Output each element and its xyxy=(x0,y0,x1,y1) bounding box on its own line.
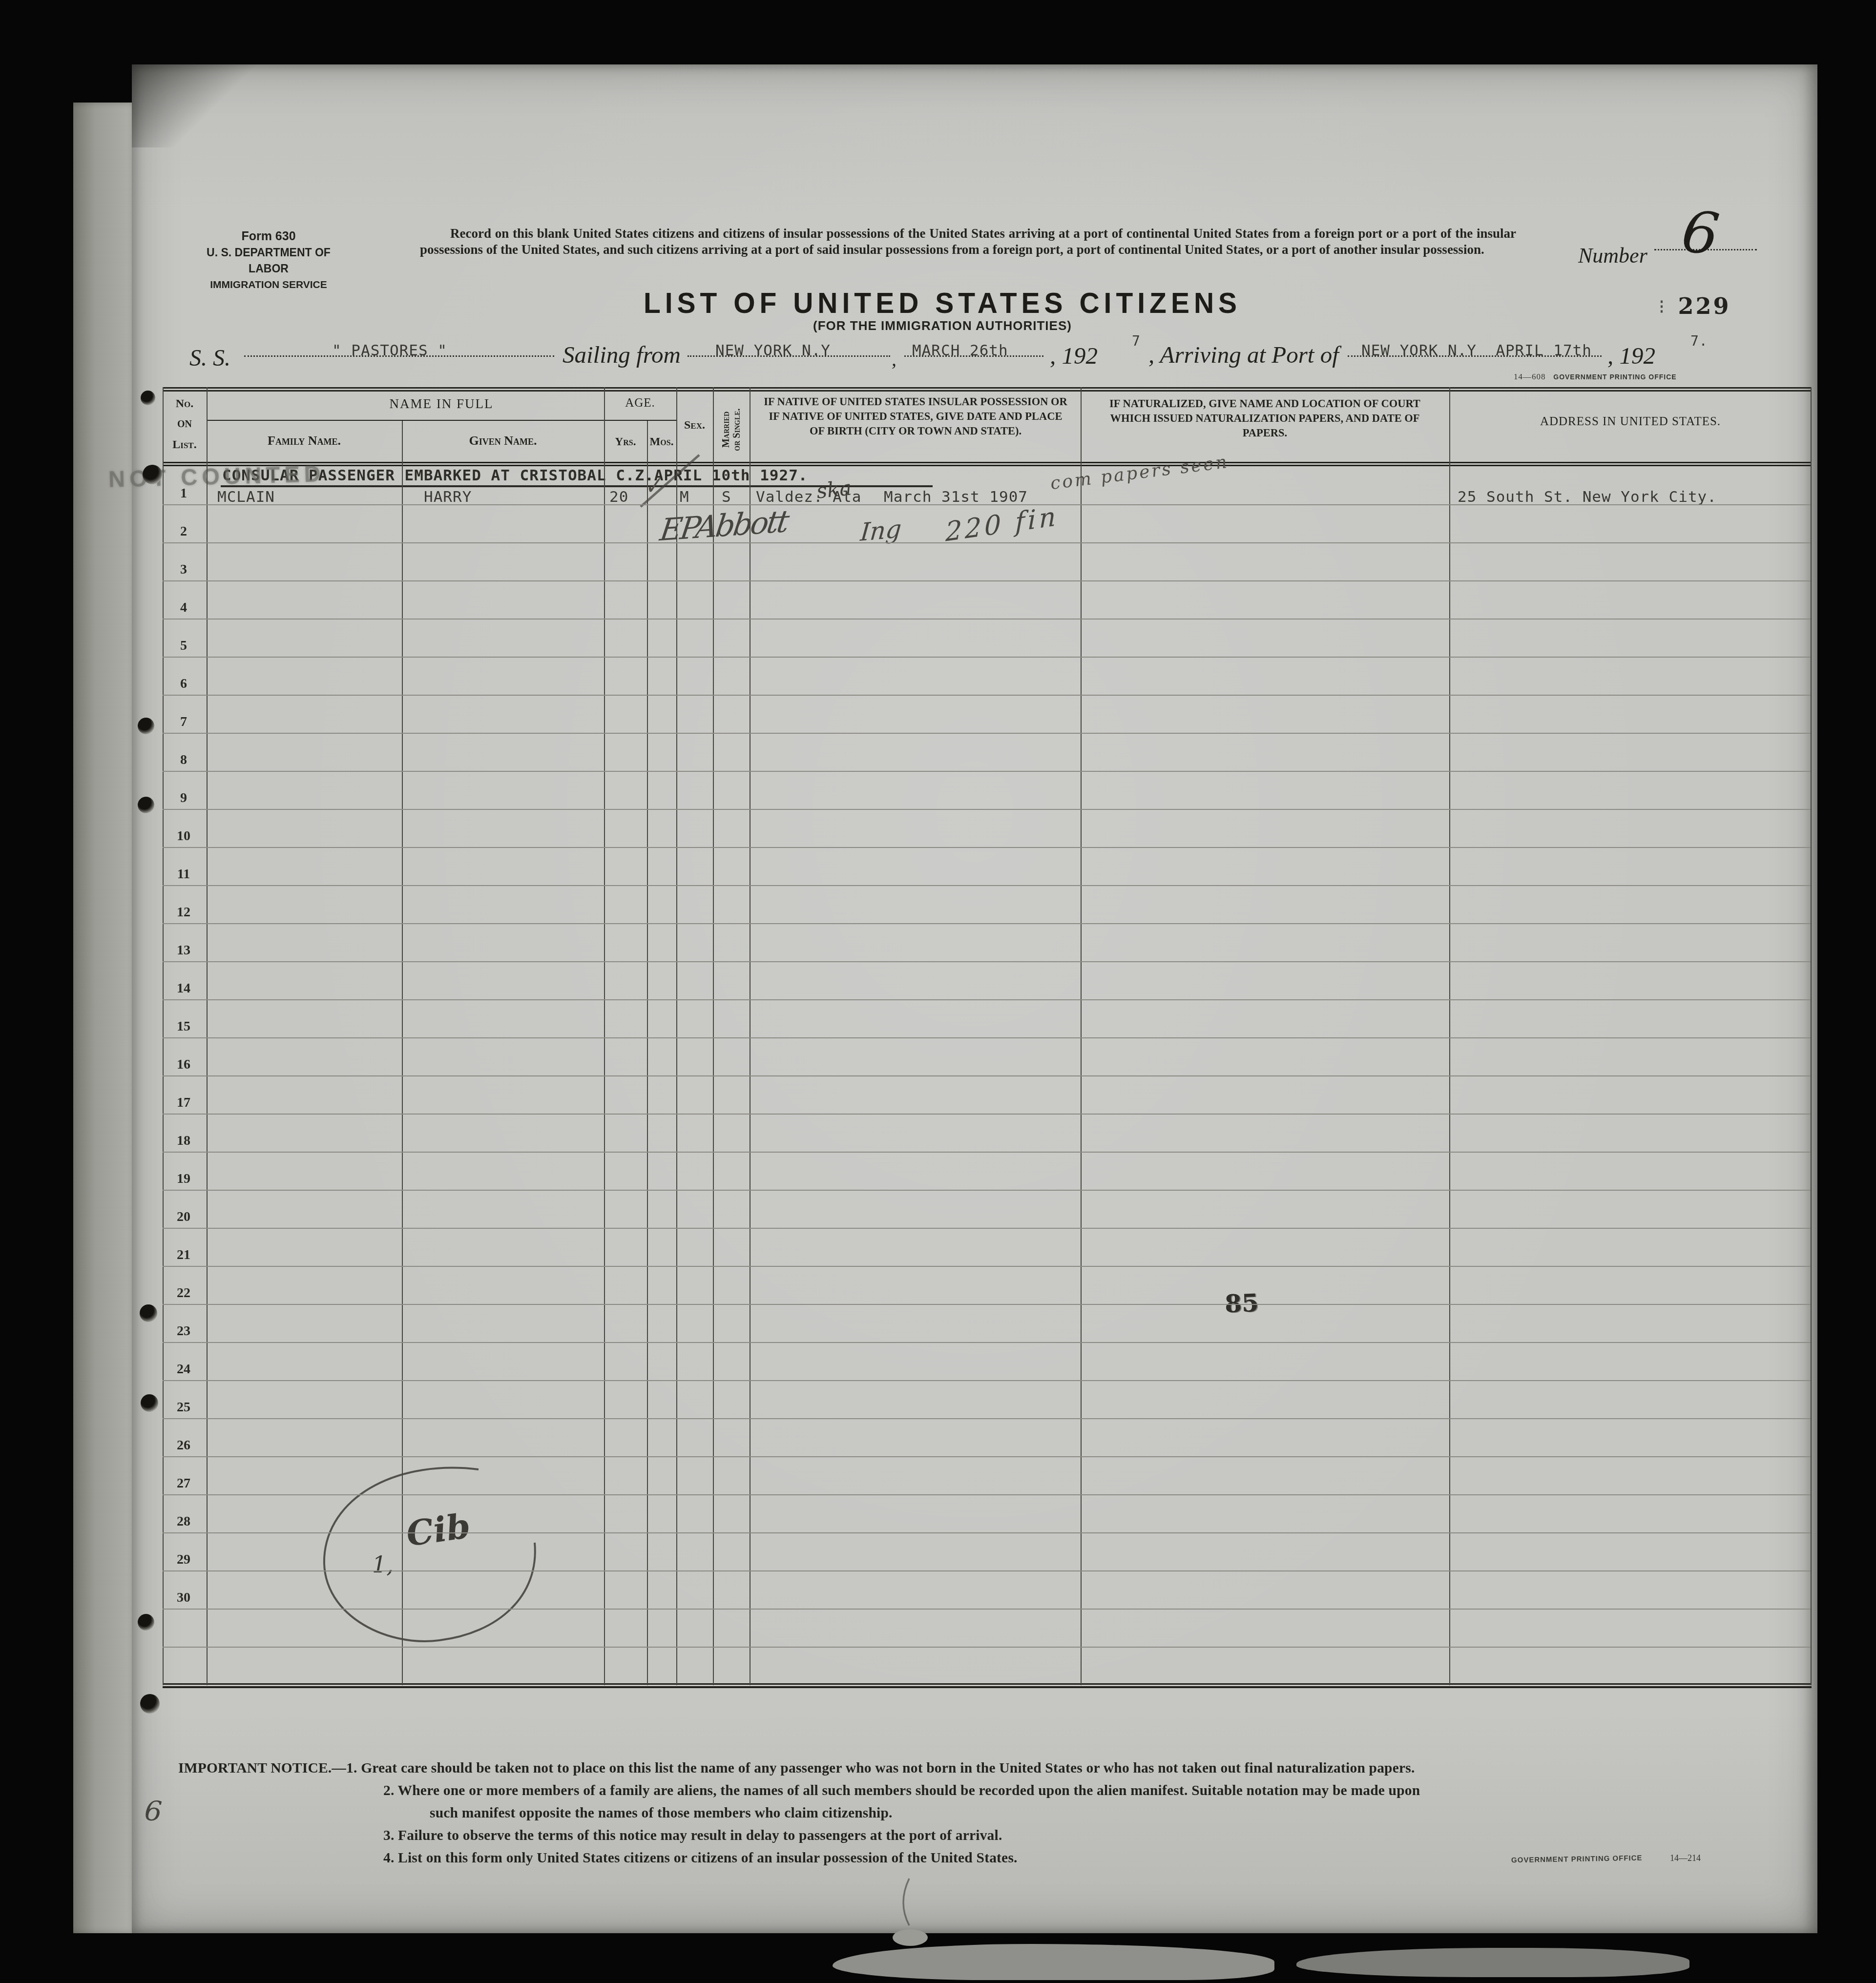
row-number: 19 xyxy=(163,1171,205,1187)
print-code-top: 14—608 GOVERNMENT PRINTING OFFICE xyxy=(1514,372,1677,382)
comma-1: , xyxy=(892,348,896,371)
punch-hole xyxy=(138,797,154,813)
header-sex: Sex. xyxy=(676,419,713,432)
sailing-from-label: Sailing from xyxy=(563,341,681,369)
torn-paper-fragment xyxy=(893,1929,928,1946)
row-rule xyxy=(163,542,1811,543)
row-number: 12 xyxy=(163,905,205,920)
row1-family-name: MCLAIN xyxy=(217,488,275,506)
row-number: 22 xyxy=(163,1285,205,1301)
row-rule xyxy=(163,657,1811,658)
row-rule xyxy=(163,1532,1811,1533)
sailing-date: MARCH 26th xyxy=(912,342,1008,359)
header-age: AGE. xyxy=(604,396,676,410)
header-yrs: Yrs. xyxy=(604,435,647,448)
row-number: 26 xyxy=(163,1438,205,1453)
header-family-name: Family Name. xyxy=(207,434,402,448)
form-instructions: Record on this blank United States citiz… xyxy=(420,226,1516,258)
form-service: IMMIGRATION SERVICE xyxy=(195,277,342,293)
row-number: 10 xyxy=(163,828,205,844)
header-no-on-list: No.ONList. xyxy=(163,393,207,455)
header-address: ADDRESS IN UNITED STATES. xyxy=(1449,415,1812,429)
arrival-year-printed: , 192 xyxy=(1607,342,1655,370)
row-rule xyxy=(163,1037,1811,1038)
header-mos: Mos. xyxy=(647,435,676,448)
row1-given-name: HARRY xyxy=(424,488,472,506)
page-number-stamp: ⋮ 229 xyxy=(1654,293,1730,319)
row-rule xyxy=(163,1494,1811,1495)
form-department: U. S. DEPARTMENT OF LABOR xyxy=(195,245,342,277)
column-line xyxy=(402,421,403,1685)
header-bottom-rule-2 xyxy=(163,465,1812,466)
row1-birth-date: March 31st 1907 xyxy=(884,488,1028,506)
header-sub-rule xyxy=(207,420,676,421)
column-line xyxy=(1449,387,1450,1685)
print-code-bottom: 14—214 xyxy=(1670,1853,1701,1863)
not-counted-stamp: NOT COUNTED xyxy=(108,460,325,493)
row1-age-yrs: 20 xyxy=(609,488,628,506)
ship-name: " PASTORES " xyxy=(332,342,447,359)
stamp-tick: ⋮ xyxy=(1654,298,1678,315)
column-line xyxy=(750,387,750,1685)
row-rule xyxy=(163,619,1811,620)
notice-line-3: such manifest opposite the names of thos… xyxy=(430,1805,893,1821)
row-number: 1 xyxy=(163,486,205,501)
column-line xyxy=(604,387,605,1685)
row-rule xyxy=(163,999,1811,1000)
row-rule xyxy=(163,580,1811,581)
row-number: 17 xyxy=(163,1095,205,1111)
row-rule xyxy=(163,1152,1811,1153)
arriving-label: , Arriving at Port of xyxy=(1148,341,1339,369)
column-line xyxy=(1811,387,1812,1685)
row-rule xyxy=(163,961,1811,962)
form-id-block: Form 630 U. S. DEPARTMENT OF LABOR IMMIG… xyxy=(195,228,342,293)
arrival-year-digit: 7. xyxy=(1690,333,1708,349)
table-top-rule-2 xyxy=(163,390,1812,392)
row-number: 30 xyxy=(163,1590,205,1606)
header-bottom-rule-1 xyxy=(163,462,1812,463)
row-number: 21 xyxy=(163,1247,205,1263)
column-line xyxy=(713,387,714,1685)
row1-married-or-single: S xyxy=(722,488,731,506)
row-number: 28 xyxy=(163,1514,205,1529)
row-rule xyxy=(163,1418,1811,1419)
row-rule xyxy=(163,885,1811,886)
arrival-port-date: NEW YORK N.Y APRIL 17th xyxy=(1361,342,1592,359)
row-rule xyxy=(163,504,1811,505)
torn-paper-fragment xyxy=(833,1944,1274,1980)
punch-hole xyxy=(140,1304,157,1322)
punch-hole xyxy=(140,1694,160,1714)
row-number: 7 xyxy=(163,714,205,730)
row-number: 13 xyxy=(163,943,205,958)
stamp-85: 85 xyxy=(1224,1288,1259,1318)
page-corner-shadow xyxy=(132,64,259,147)
row-number: 29 xyxy=(163,1552,205,1568)
circle-annotation-prefix: 1, xyxy=(372,1551,394,1578)
row-rule xyxy=(163,847,1811,848)
row-number: 15 xyxy=(163,1019,205,1034)
row1-birth-place-handwritten: ska xyxy=(815,475,853,503)
row-rule xyxy=(163,809,1811,810)
header-married-or-single: Marriedor Single. xyxy=(721,391,742,469)
row-rule xyxy=(163,1190,1811,1191)
row-number: 11 xyxy=(163,867,205,882)
row-rule xyxy=(163,771,1811,772)
row-rule xyxy=(163,1570,1811,1571)
page-title: LIST OF UNITED STATES CITIZENS xyxy=(601,287,1284,320)
row-number: 18 xyxy=(163,1133,205,1149)
row-number: 14 xyxy=(163,981,205,996)
header-birth: IF NATIVE OF UNITED STATES INSULAR POSSE… xyxy=(762,394,1069,438)
table-bottom-rule-1 xyxy=(163,1683,1812,1685)
sailing-year-digit: 7 xyxy=(1132,333,1141,349)
page-subtitle: (FOR THE IMMIGRATION AUTHORITIES) xyxy=(601,318,1284,333)
header-naturalized: IF NATURALIZED, GIVE NAME AND LOCATION O… xyxy=(1098,396,1432,440)
ss-label: S. S. xyxy=(189,345,230,372)
torn-paper-fragment xyxy=(1296,1948,1689,1977)
punch-hole xyxy=(138,718,154,734)
punch-hole xyxy=(141,1394,158,1412)
form-code: Form 630 xyxy=(195,228,342,245)
row-rule xyxy=(163,1609,1811,1610)
notice-line-1: IMPORTANT NOTICE.—1. Great care should b… xyxy=(178,1760,1415,1776)
row-number: 20 xyxy=(163,1209,205,1225)
table-top-rule-1 xyxy=(163,387,1812,389)
notice-line-2: 2. Where one or more members of a family… xyxy=(383,1783,1420,1799)
row-rule xyxy=(163,1304,1811,1305)
row-number: 6 xyxy=(163,676,205,692)
notice-line-5: 4. List on this form only United States … xyxy=(383,1850,1018,1866)
sailing-port: NEW YORK N.Y xyxy=(715,342,831,359)
row-rule xyxy=(163,1456,1811,1457)
margin-pencil-six: 6 xyxy=(144,1795,163,1828)
adjacent-page-edge xyxy=(73,103,137,1933)
row-rule xyxy=(163,1266,1811,1267)
row-rule xyxy=(163,923,1811,924)
column-line xyxy=(647,421,648,1685)
table-bottom-rule-2 xyxy=(163,1686,1812,1688)
row-number: 5 xyxy=(163,638,205,654)
sailing-year-printed: , 192 xyxy=(1050,342,1098,370)
notice-line-4: 3. Failure to observe the terms of this … xyxy=(383,1828,1002,1844)
column-line xyxy=(676,387,677,1685)
row-rule xyxy=(163,1228,1811,1229)
row-rule xyxy=(163,733,1811,734)
row-number: 8 xyxy=(163,752,205,768)
number-label: Number xyxy=(1578,243,1647,268)
row1-address: 25 South St. New York City. xyxy=(1458,488,1717,506)
row1-sex: M xyxy=(680,488,689,506)
punch-hole xyxy=(138,1614,154,1631)
row-number: 16 xyxy=(163,1057,205,1073)
row-rule xyxy=(163,1647,1811,1648)
row-number: 24 xyxy=(163,1362,205,1377)
row-rule xyxy=(163,1380,1811,1381)
row-number: 3 xyxy=(163,562,205,578)
row-rule xyxy=(163,1342,1811,1343)
punch-hole xyxy=(143,465,162,484)
row-number: 25 xyxy=(163,1400,205,1415)
row-rule xyxy=(163,695,1811,696)
row-number: 23 xyxy=(163,1323,205,1339)
row-number: 27 xyxy=(163,1476,205,1491)
column-line xyxy=(1081,387,1082,1685)
column-line xyxy=(207,387,208,1685)
row-rule xyxy=(163,1114,1811,1115)
punch-hole xyxy=(141,391,155,405)
scanned-manifest-screenshot: Form 630 U. S. DEPARTMENT OF LABOR IMMIG… xyxy=(0,0,1876,1983)
row-number: 4 xyxy=(163,600,205,616)
header-given-name: Given Name. xyxy=(402,434,604,448)
row-number: 9 xyxy=(163,790,205,806)
row-number: 2 xyxy=(163,524,205,539)
row-rule xyxy=(163,1075,1811,1076)
